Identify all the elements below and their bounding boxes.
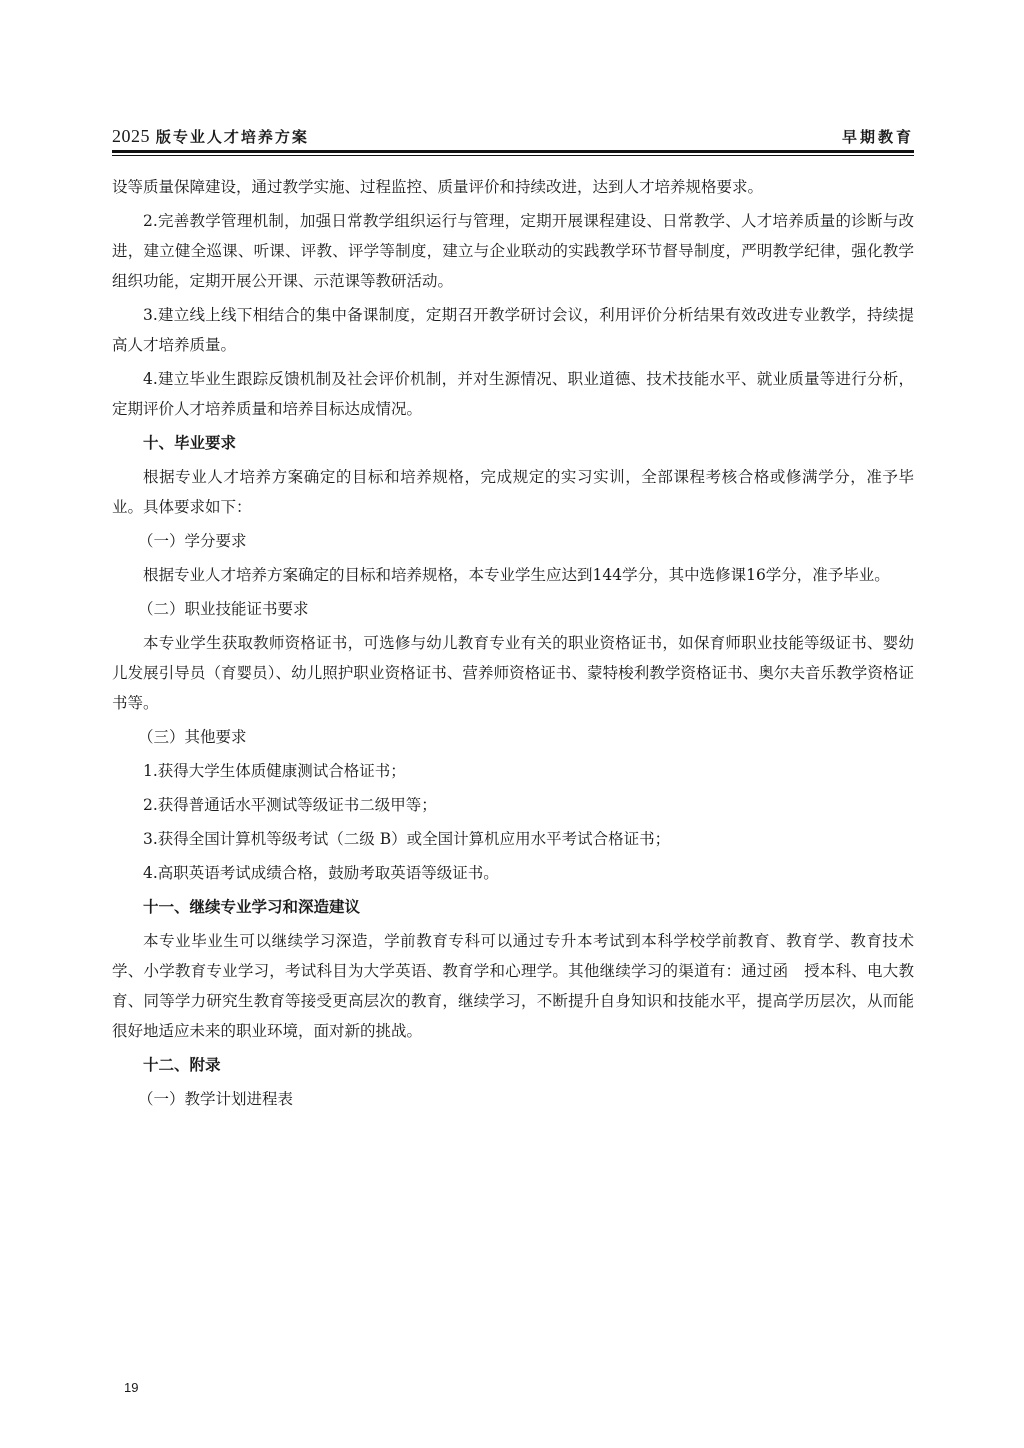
paragraph-item-3: 3.建立线上线下相结合的集中备课制度，定期召开教学研讨会议，利用评价分析结果有效…: [112, 300, 914, 360]
requirement-3: 3.获得全国计算机等级考试（二级 B）或全国计算机应用水平考试合格证书；: [112, 824, 914, 854]
header-rule-thick: [112, 150, 914, 153]
paragraph-further-study: 本专业毕业生可以继续学习深造，学前教育专科可以通过专升本考试到本科学校学前教育、…: [112, 926, 914, 1046]
paragraph-item-2: 2.完善教学管理机制，加强日常教学组织运行与管理，定期开展课程建设、日常教学、人…: [112, 206, 914, 296]
subheading-certificates: （二）职业技能证书要求: [112, 594, 914, 624]
paragraph-graduation-intro: 根据专业人才培养方案确定的目标和培养规格，完成规定的实习实训，全部课程考核合格或…: [112, 462, 914, 522]
header-rule-thin: [112, 155, 914, 156]
paragraph-certificates: 本专业学生获取教师资格证书，可选修与幼儿教育专业有关的职业资格证书，如保育师职业…: [112, 628, 914, 718]
header-section: 早期教育: [842, 126, 914, 147]
page-number: 19: [124, 1380, 138, 1395]
header-year: 2025: [112, 126, 150, 146]
section-heading-graduation: 十、毕业要求: [112, 428, 914, 458]
section-heading-appendix: 十二、附录: [112, 1050, 914, 1080]
requirement-1: 1.获得大学生体质健康测试合格证书；: [112, 756, 914, 786]
header-document-title: 2025 版专业人才培养方案: [112, 126, 309, 147]
subheading-teaching-plan: （一）教学计划进程表: [112, 1084, 914, 1114]
header-title: 版专业人才培养方案: [156, 128, 309, 146]
subheading-credits: （一）学分要求: [112, 526, 914, 556]
requirement-4: 4.高职英语考试成绩合格，鼓励考取英语等级证书。: [112, 858, 914, 888]
section-heading-further-study: 十一、继续专业学习和深造建议: [112, 892, 914, 922]
paragraph-item-4: 4.建立毕业生跟踪反馈机制及社会评价机制，并对生源情况、职业道德、技术技能水平、…: [112, 364, 914, 424]
running-header: 2025 版专业人才培养方案 早期教育: [112, 126, 914, 148]
subheading-other: （三）其他要求: [112, 722, 914, 752]
paragraph-credits: 根据专业人才培养方案确定的目标和培养规格，本专业学生应达到144学分，其中选修课…: [112, 560, 914, 590]
page-body: 设等质量保障建设，通过教学实施、过程监控、质量评价和持续改进，达到人才培养规格要…: [112, 172, 914, 1118]
requirement-2: 2.获得普通话水平测试等级证书二级甲等；: [112, 790, 914, 820]
paragraph-continued: 设等质量保障建设，通过教学实施、过程监控、质量评价和持续改进，达到人才培养规格要…: [112, 172, 914, 202]
